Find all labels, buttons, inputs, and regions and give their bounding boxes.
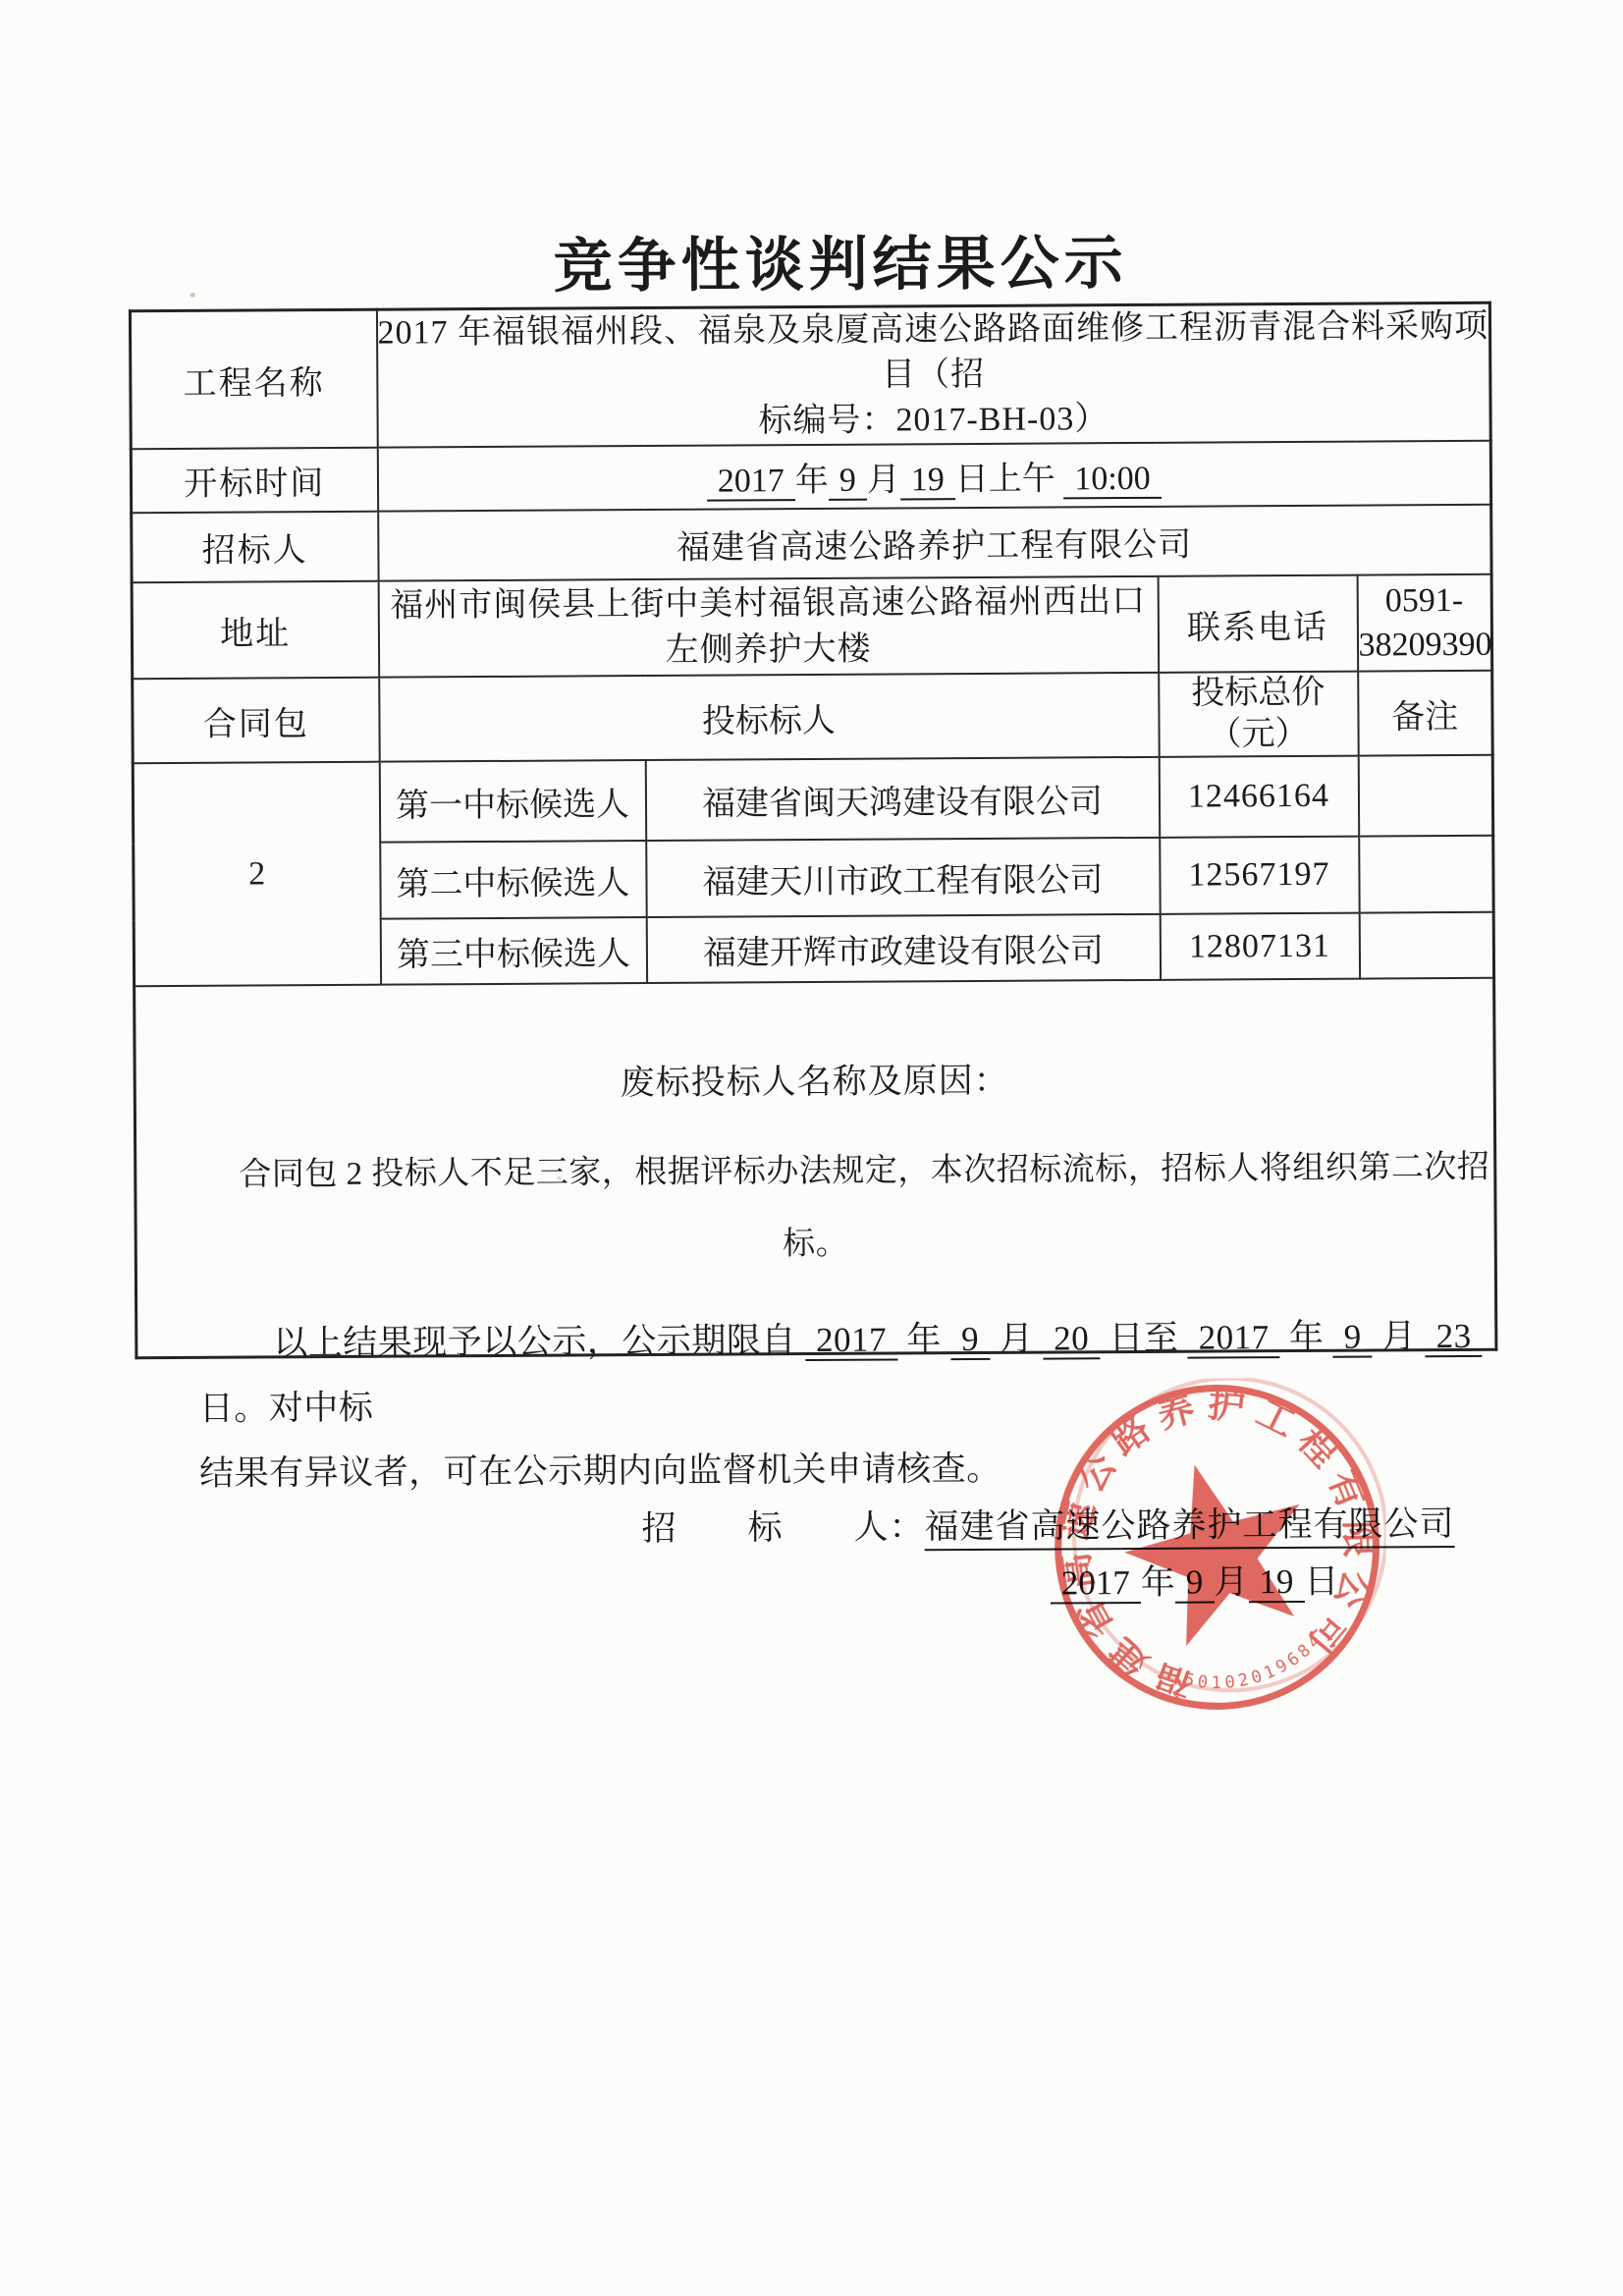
header-price-line2: （元）	[1160, 714, 1357, 756]
phone-line2: 38209390	[1358, 623, 1490, 668]
unit-year: 年	[795, 463, 829, 499]
notice-text: 结果有异议者，可在公示期内向监督机关申请核查。	[199, 1449, 1001, 1493]
candidate-2-price: 12567197	[1160, 837, 1359, 914]
project-name-line1: 2017 年福银福州段、福泉及泉厦高速公路路面维修工程沥青混合料采购项目（招	[377, 308, 1488, 394]
candidate-1-remark	[1358, 755, 1492, 837]
address-line1: 福州市闽侯县上街中美村福银高速公路福州西出口	[379, 578, 1157, 629]
candidate-3-company: 福建开辉市政建设有限公司	[646, 914, 1160, 983]
sig-day: 19	[1248, 1562, 1304, 1603]
row-tenderee: 招标人 福建省高速公路养护工程有限公司	[132, 505, 1491, 582]
candidate-row-1: 2 第一中标候选人 福建省闽天鸿建设有限公司 12466164	[133, 755, 1492, 844]
opening-month: 9	[829, 463, 867, 501]
row-bid-opening-time: 开标时间 2017年9月19日上午 10:00	[131, 441, 1490, 513]
candidate-2-remark	[1359, 836, 1493, 913]
phone-line1: 0591-	[1358, 578, 1490, 624]
tender-result-table: 工程名称 2017 年福银福州段、福泉及泉厦高速公路路面维修工程沥青混合料采购项…	[129, 301, 1498, 1359]
rejection-reason-line1: 合同包 2 投标人不足三家，根据评标办法规定，本次招标流标，招标人将组织第二次招	[239, 1150, 1489, 1193]
notice-text: 年	[1280, 1318, 1333, 1356]
notice-text: 月	[1373, 1317, 1426, 1355]
notice-end-month: 9	[1333, 1318, 1373, 1358]
rejection-reason: 合同包 2 投标人不足三家，根据评标办法规定，本次招标流标，招标人将组织第二次招…	[136, 1131, 1494, 1285]
header-package: 合同包	[133, 678, 380, 764]
header-bidder: 投标标人	[379, 673, 1160, 762]
candidate-2-rank: 第二中标候选人	[380, 841, 646, 919]
address-line2: 左侧养护大楼	[379, 625, 1157, 676]
signature-date: 2017年9月19日	[1051, 1555, 1339, 1606]
phone-value: 0591-38209390	[1357, 574, 1492, 672]
package-number: 2	[133, 762, 380, 987]
opening-time: 10:00	[1063, 461, 1162, 500]
notice-start-month: 9	[950, 1320, 990, 1360]
phone-label: 联系电话	[1158, 575, 1358, 673]
page-title: 竞争性谈判结果公示	[28, 213, 1623, 307]
notice-text: 月	[990, 1320, 1043, 1358]
unit-month: 月	[867, 462, 900, 498]
rejection-reason-line2: 标。	[783, 1227, 848, 1262]
rejection-cell: 废标投标人名称及原因： 合同包 2 投标人不足三家，根据评标办法规定，本次招标流…	[135, 978, 1496, 1357]
notice-text: 日至	[1100, 1319, 1188, 1358]
notice-end-day: 23	[1426, 1317, 1483, 1357]
tenderee-value: 福建省高速公路养护工程有限公司	[378, 505, 1491, 581]
candidate-1-rank: 第一中标候选人	[379, 760, 645, 843]
project-name-line2: 标编号：2017-BH-03）	[758, 401, 1109, 439]
rejection-heading: 废标投标人名称及原因：	[136, 1051, 1493, 1108]
candidate-2-company: 福建天川市政工程有限公司	[646, 838, 1160, 917]
row-column-headers: 合同包 投标标人 投标总价（元） 备注	[133, 671, 1492, 763]
sig-year: 2017	[1051, 1563, 1141, 1605]
candidate-3-price: 12807131	[1160, 913, 1359, 980]
candidate-1-company: 福建省闽天鸿建设有限公司	[645, 757, 1159, 841]
sig-unit-year: 年	[1141, 1563, 1175, 1602]
row-address: 地址 福州市闽侯县上街中美村福银高速公路福州西出口左侧养护大楼 联系电话 059…	[132, 574, 1492, 679]
sig-unit-day: 日	[1304, 1562, 1338, 1601]
bid-opening-value: 2017年9月19日上午 10:00	[377, 441, 1490, 512]
project-name-label: 工程名称	[130, 309, 377, 449]
address-label: 地址	[132, 581, 379, 680]
notice-start-year: 2017	[805, 1320, 897, 1361]
header-price: 投标总价（元）	[1159, 672, 1359, 757]
header-price-line1: 投标总价	[1160, 673, 1357, 715]
notice-start-day: 20	[1043, 1319, 1100, 1359]
candidate-3-remark	[1359, 912, 1493, 979]
scanned-document-page: 竞争性谈判结果公示 工程名称 2017 年福银福州段、福泉及泉厦高速公路路面维修…	[0, 0, 1623, 2296]
notice-text: 日。对中标	[199, 1389, 374, 1428]
opening-day: 19	[900, 462, 955, 500]
signature-line: 招 标 人：福建省高速公路养护工程有限公司	[641, 1497, 1454, 1551]
sig-unit-month: 月	[1214, 1562, 1248, 1601]
notice-text: 年	[897, 1320, 950, 1358]
sig-month: 9	[1175, 1563, 1215, 1604]
project-name-value: 2017 年福银福州段、福泉及泉厦高速公路路面维修工程沥青混合料采购项目（招标编…	[376, 302, 1490, 447]
publicity-notice: 以上结果现予以公示，公示期限自 2017 年 9 月 20 日至 2017 年 …	[198, 1304, 1497, 1506]
tenderee-label: 招标人	[132, 512, 378, 583]
unit-day: 日上午	[955, 461, 1055, 498]
bid-opening-label: 开标时间	[131, 448, 377, 514]
candidate-3-rank: 第三中标候选人	[380, 917, 646, 985]
notice-text: 以上结果现予以公示，公示期限自	[273, 1321, 805, 1362]
header-remark: 备注	[1358, 671, 1493, 756]
row-rejection: 废标投标人名称及原因： 合同包 2 投标人不足三家，根据评标办法规定，本次招标流…	[135, 978, 1496, 1357]
document-sheet: 竞争性谈判结果公示 工程名称 2017 年福银福州段、福泉及泉厦高速公路路面维修…	[0, 0, 1623, 2296]
address-value: 福州市闽侯县上街中美村福银高速公路福州西出口左侧养护大楼	[378, 576, 1159, 678]
row-project-name: 工程名称 2017 年福银福州段、福泉及泉厦高速公路路面维修工程沥青混合料采购项…	[130, 302, 1490, 449]
notice-end-year: 2017	[1188, 1318, 1280, 1359]
opening-year: 2017	[707, 463, 795, 502]
signature-label: 招 标 人：	[641, 1507, 924, 1548]
signature-company: 福建省高速公路养护工程有限公司	[924, 1504, 1454, 1551]
candidate-1-price: 12466164	[1159, 756, 1358, 838]
